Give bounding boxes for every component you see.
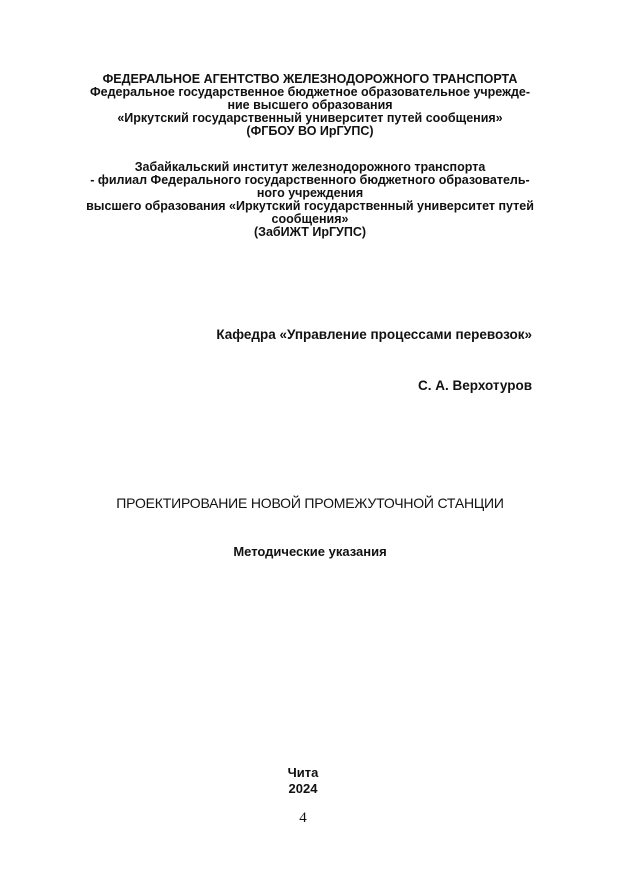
document-subtitle: Методические указания [60, 544, 560, 560]
branch-line: (ЗабИЖТ ИрГУПС) [60, 226, 560, 239]
document-page: ФЕДЕРАЛЬНОЕ АГЕНТСТВО ЖЕЛЕЗНОДОРОЖНОГО Т… [0, 0, 620, 877]
publication-info: Чита 2024 [230, 765, 376, 797]
branch-header: Забайкальский институт железнодорожного … [60, 161, 560, 239]
page-number: 4 [230, 810, 376, 826]
header-line: (ФГБОУ ВО ИрГУПС) [60, 125, 560, 138]
city: Чита [230, 765, 376, 781]
year: 2024 [230, 781, 376, 797]
agency-header: ФЕДЕРАЛЬНОЕ АГЕНТСТВО ЖЕЛЕЗНОДОРОЖНОГО Т… [60, 73, 560, 138]
document-title: ПРОЕКТИРОВАНИЕ НОВОЙ ПРОМЕЖУТОЧНОЙ СТАНЦ… [40, 495, 580, 511]
department-name: Кафедра «Управление процессами перевозок… [140, 327, 532, 343]
author-name: С. А. Верхотуров [300, 378, 532, 394]
